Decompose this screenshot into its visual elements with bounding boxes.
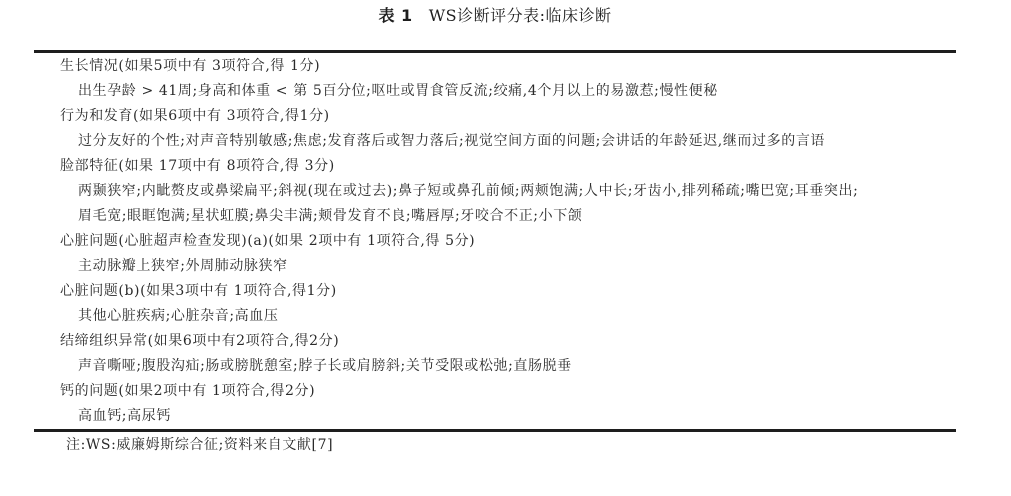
table-caption: 表 1WS诊断评分表:临床诊断 <box>0 3 990 29</box>
table-footnote: 注:WS:威廉姆斯综合征;资料来自文献[7] <box>66 433 333 458</box>
item-row-cardiac-a: 主动脉瓣上狭窄;外周肺动脉狭窄 <box>0 254 288 279</box>
item-row-facial-2: 眉毛宽;眼眶饱满;星状虹膜;鼻尖丰满;颊骨发育不良;嘴唇厚;牙咬合不正;小下颌 <box>0 204 582 229</box>
category-row-connective-tissue: 结缔组织异常(如果6项中有2项符合,得2分) <box>0 329 339 354</box>
item-row-calcium: 高血钙;高尿钙 <box>0 404 171 429</box>
bottom-rule <box>34 429 956 432</box>
category-row-growth: 生长情况(如果5项中有 3项符合,得 1分) <box>0 54 320 79</box>
table-title: WS诊断评分表:临床诊断 <box>429 6 612 25</box>
item-row-connective-tissue: 声音嘶哑;腹股沟疝;肠或膀胱憩室;脖子长或肩膀斜;关节受限或松弛;直肠脱垂 <box>0 354 572 379</box>
category-row-calcium: 钙的问题(如果2项中有 1项符合,得2分) <box>0 379 315 404</box>
top-rule <box>34 50 956 53</box>
category-row-facial: 脸部特征(如果 17项中有 8项符合,得 3分) <box>0 154 335 179</box>
category-row-behavior: 行为和发育(如果6项中有 3项符合,得1分) <box>0 104 330 129</box>
category-row-cardiac-a: 心脏问题(心脏超声检查发现)(a)(如果 2项中有 1项符合,得 5分) <box>0 229 475 254</box>
item-row-facial-1: 两颞狭窄;内眦赘皮或鼻梁扁平;斜视(现在或过去);鼻子短或鼻孔前倾;两颊饱满;人… <box>0 179 858 204</box>
item-row-behavior: 过分友好的个性;对声音特别敏感;焦虑;发育落后或智力落后;视觉空间方面的问题;会… <box>0 129 825 154</box>
table-number: 表 1 <box>378 6 412 25</box>
category-row-cardiac-b: 心脏问题(b)(如果3项中有 1项符合,得1分) <box>0 279 337 304</box>
item-row-growth: 出生孕龄 > 41周;身高和体重 < 第 5百分位;呕吐或胃食管反流;绞痛,4个… <box>0 79 718 104</box>
item-row-cardiac-b: 其他心脏疾病;心脏杂音;高血压 <box>0 304 278 329</box>
